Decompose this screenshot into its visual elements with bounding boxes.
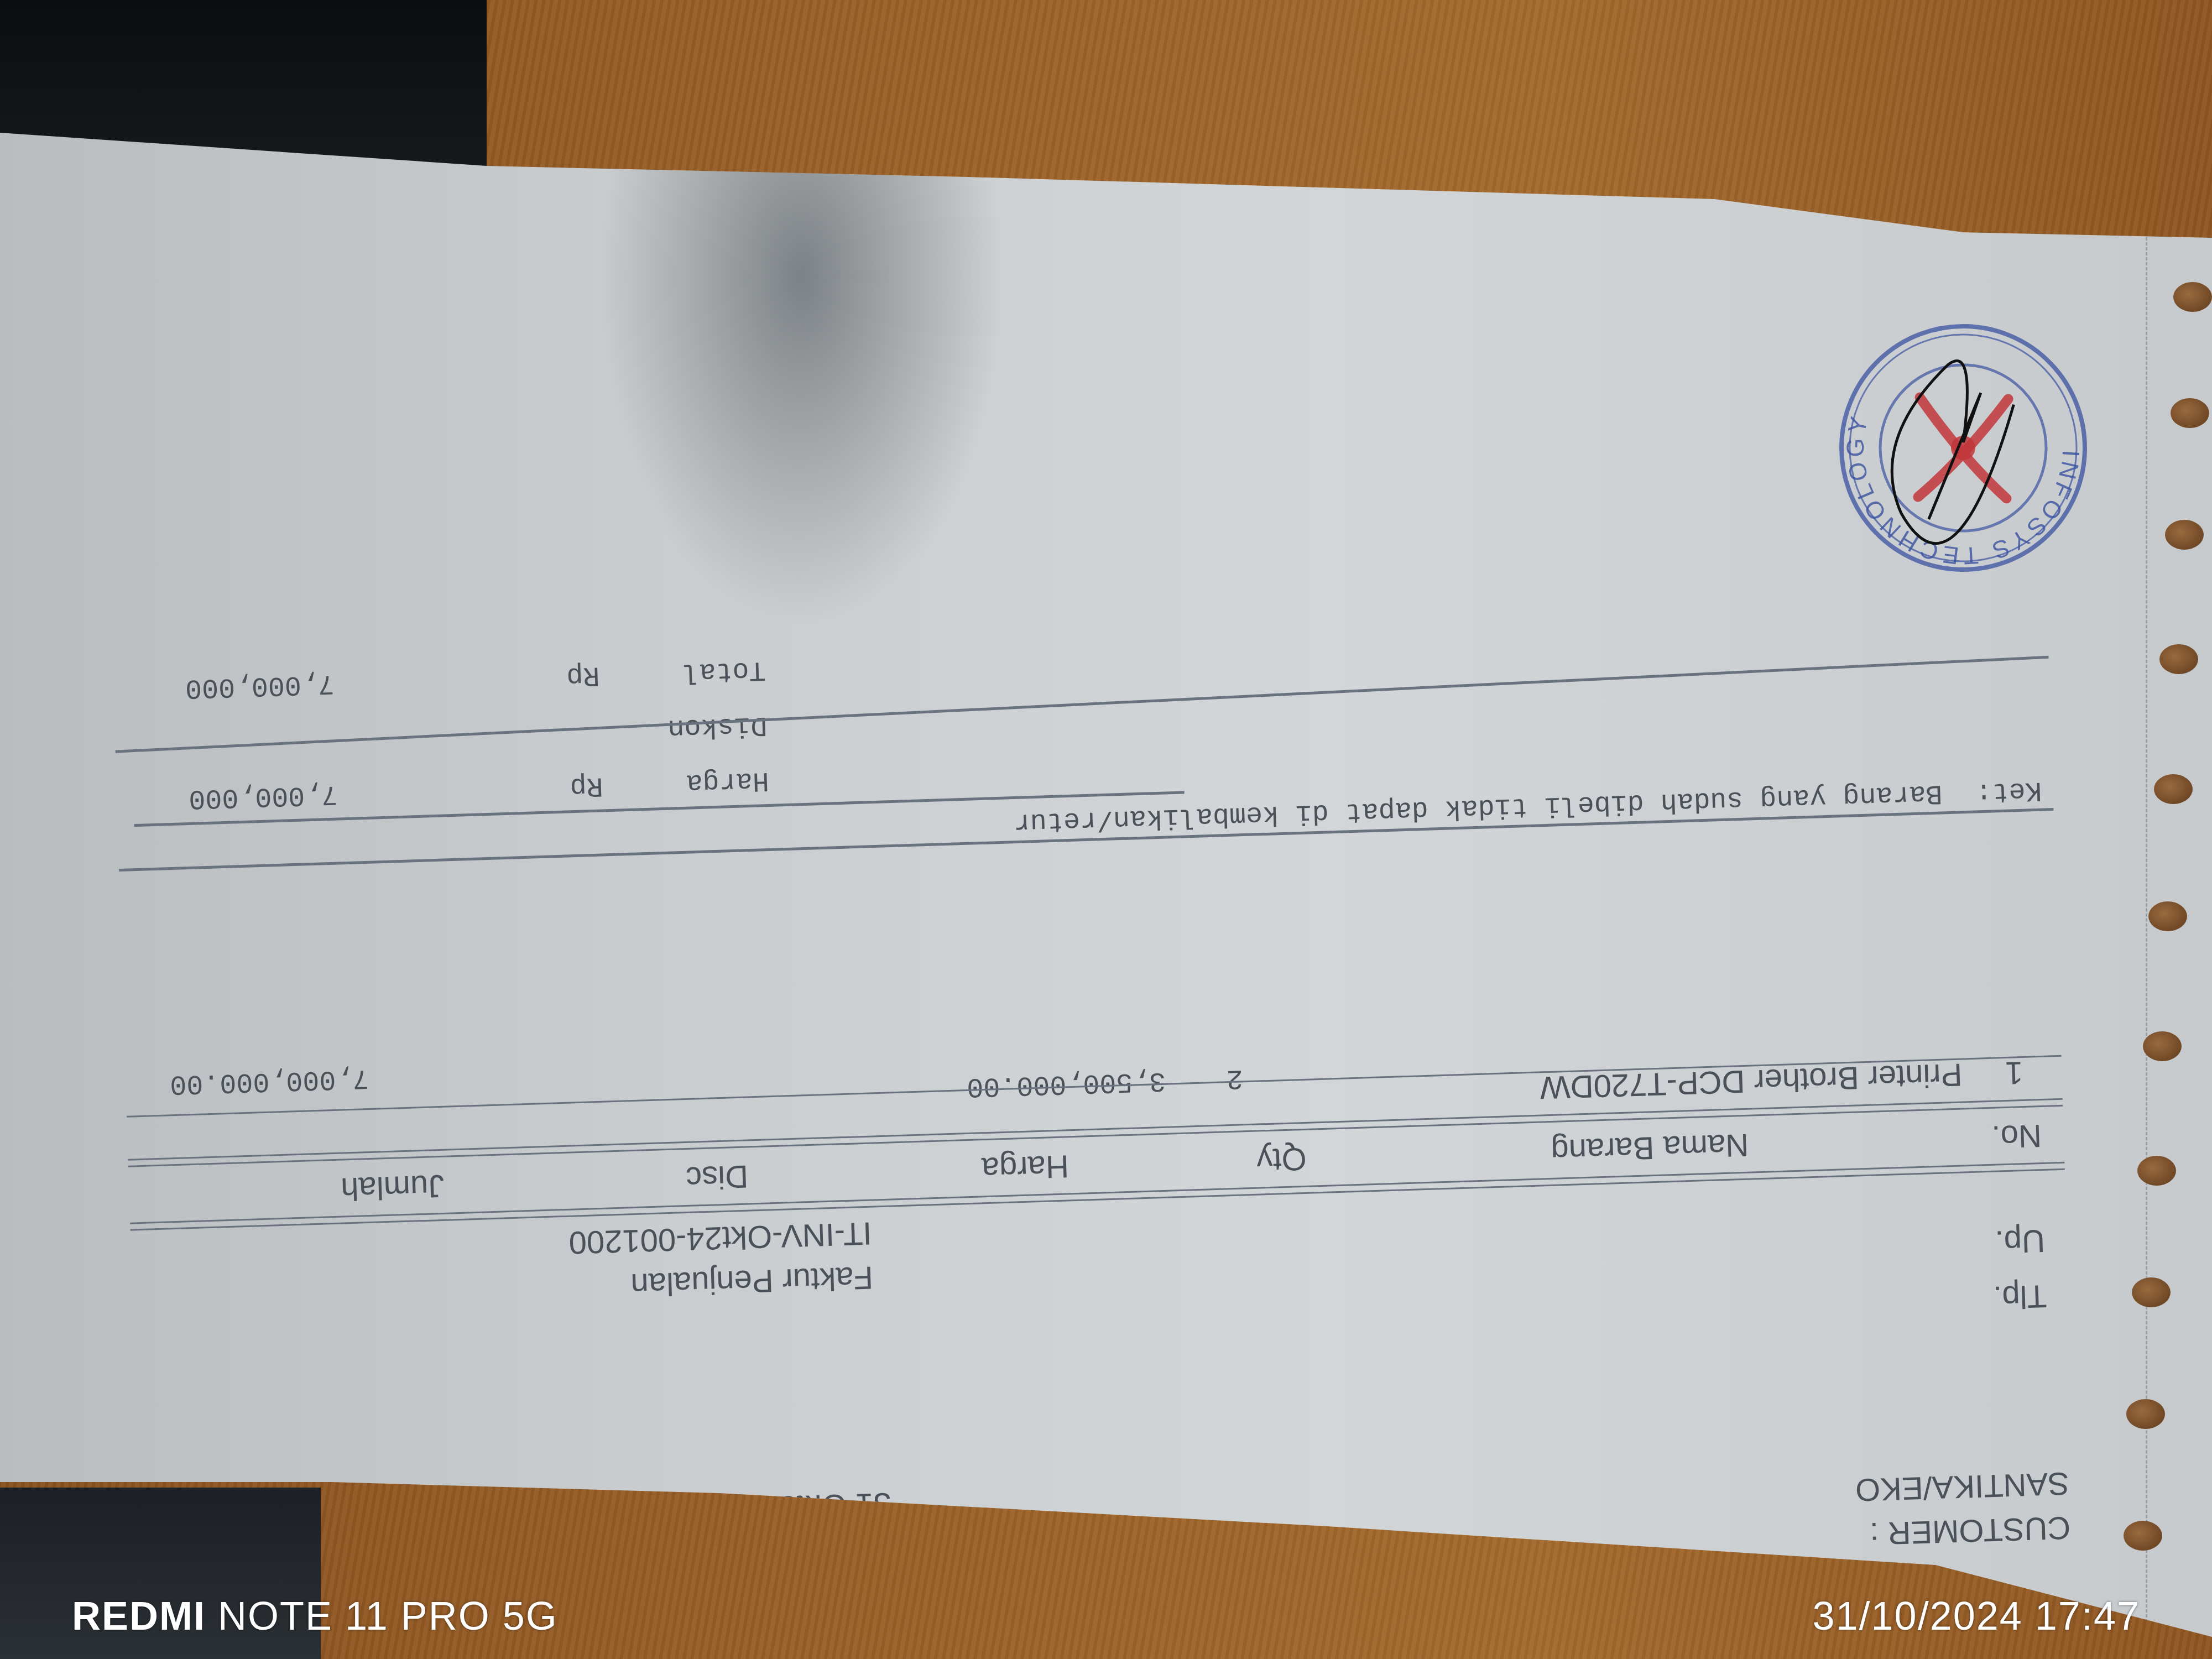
doc-title: Faktur Penjualan bbox=[630, 1259, 874, 1304]
total-currency: Rp bbox=[566, 659, 601, 692]
col-header-disc: Disc bbox=[685, 1158, 749, 1197]
total-value: 7,000,000 bbox=[185, 667, 335, 703]
note-label: Ket: bbox=[1975, 774, 2042, 808]
feed-hole-icon bbox=[2171, 398, 2209, 428]
invoice-content: CUSTOMER : SANTIKA/EKO Tanggal 31 Oktobe… bbox=[92, 301, 2120, 1579]
camera-watermark-model: REDMI NOTE 11 PRO 5G bbox=[72, 1594, 558, 1639]
diskon-label: Diskon bbox=[667, 709, 768, 744]
feed-hole-icon bbox=[2126, 1399, 2165, 1429]
camera-model: NOTE 11 PRO 5G bbox=[218, 1594, 558, 1639]
feed-hole-icon bbox=[2159, 644, 2198, 674]
col-header-no: No. bbox=[1991, 1117, 2042, 1156]
up-label: Up. bbox=[1995, 1222, 2046, 1261]
col-header-price: Harga bbox=[981, 1147, 1070, 1187]
feed-hole-icon bbox=[2154, 774, 2193, 804]
row-item: Printer Brother DCP-T720DW bbox=[1540, 1056, 1963, 1107]
invoice-paper: CUSTOMER : SANTIKA/EKO Tanggal 31 Oktobe… bbox=[0, 0, 2212, 1659]
tlp-label: Tlp. bbox=[1992, 1277, 2047, 1316]
col-header-qty: Qty bbox=[1256, 1140, 1307, 1179]
col-header-item: Nama Barang bbox=[1550, 1126, 1749, 1170]
row-qty: 2 bbox=[1226, 1062, 1244, 1094]
customer-name: SANTIKA/EKO bbox=[1855, 1465, 2070, 1509]
customer-label: CUSTOMER : bbox=[1869, 1509, 2071, 1552]
feed-hole-icon bbox=[2137, 1156, 2176, 1186]
feed-hole-icon bbox=[2132, 1277, 2171, 1307]
harga-value: 7,000,000 bbox=[188, 778, 338, 814]
table-header-rule bbox=[128, 1105, 2063, 1167]
feed-hole-icon bbox=[2173, 282, 2212, 312]
harga-currency: Rp bbox=[570, 769, 604, 802]
camera-watermark-datetime: 31/10/2024 17:47 bbox=[1812, 1594, 2140, 1639]
perforated-tear-strip bbox=[2146, 232, 2212, 1642]
feed-hole-icon bbox=[2143, 1031, 2182, 1061]
camera-brand: REDMI bbox=[72, 1594, 206, 1639]
col-header-amount: Jumlah bbox=[340, 1167, 445, 1208]
feed-hole-icon bbox=[2165, 520, 2204, 550]
row-amount: 7,000,000.00 bbox=[169, 1062, 369, 1099]
feed-hole-icon bbox=[2124, 1521, 2162, 1551]
harga-label: Harga bbox=[686, 764, 770, 799]
row-no: 1 bbox=[2005, 1054, 2023, 1092]
doc-number: IT-INV-Okt24-001200 bbox=[568, 1215, 873, 1261]
feed-hole-icon bbox=[2148, 901, 2187, 931]
summary-line bbox=[116, 656, 2049, 753]
total-label: Total bbox=[682, 654, 766, 688]
row-price: 3,500,000.00 bbox=[966, 1065, 1166, 1102]
company-stamp-icon: INFOSYS TECHNOLOGY bbox=[1823, 307, 2104, 589]
